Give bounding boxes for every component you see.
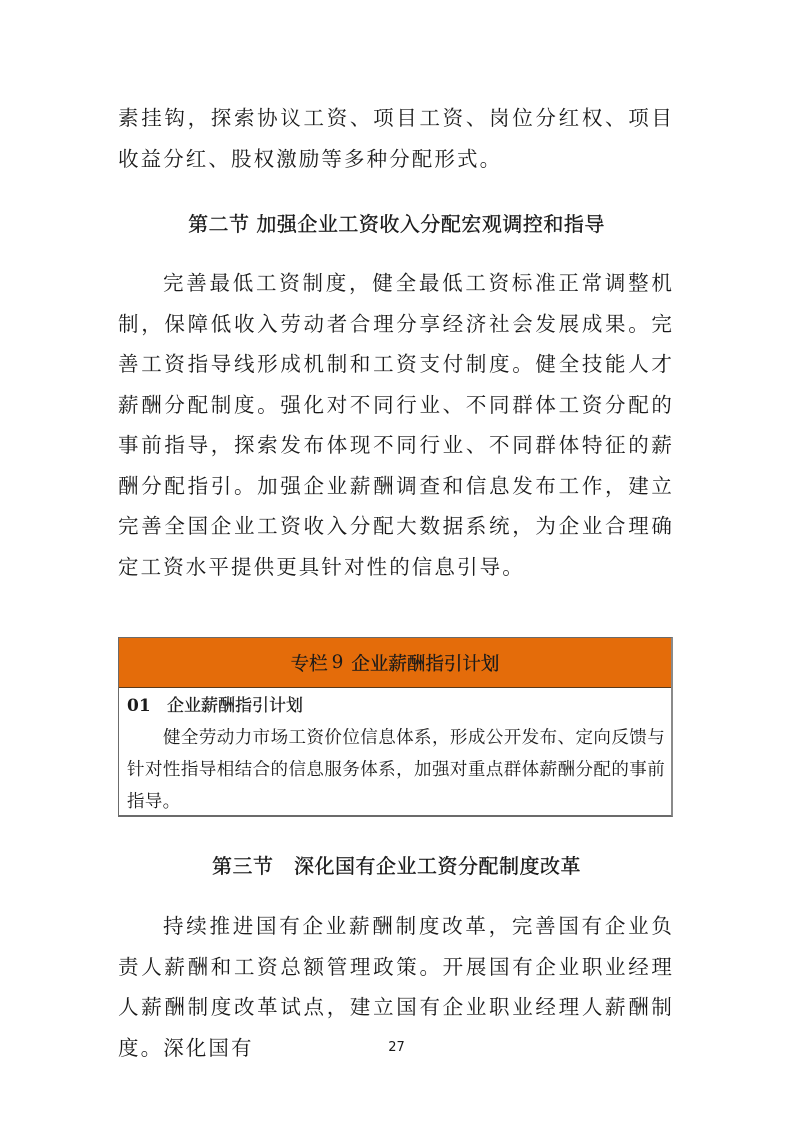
column-box-prefix: 专栏 bbox=[291, 650, 328, 676]
column-box-number: 9 bbox=[332, 652, 344, 673]
column-item-code: 01 bbox=[127, 690, 167, 722]
paragraph-continued: 素挂钩，探索协议工资、项目工资、岗位分红权、项目收益分红、股权激励等多种分配形式… bbox=[118, 98, 674, 179]
column-box-title: 企业薪酬指引计划 bbox=[351, 650, 499, 676]
section-2-heading: 第二节 加强企业工资收入分配宏观调控和指导 bbox=[0, 208, 793, 237]
column-box-header: 专栏 9 企业薪酬指引计划 bbox=[119, 638, 671, 688]
section-2-paragraph: 完善最低工资制度，健全最低工资标准正常调整机制，保障低收入劳动者合理分享经济社会… bbox=[118, 263, 674, 587]
section-3-heading: 第三节 深化国有企业工资分配制度改革 bbox=[0, 850, 793, 879]
column-box: 专栏 9 企业薪酬指引计划 01企业薪酬指引计划 健全劳动力市场工资价位信息体系… bbox=[118, 637, 673, 817]
column-item-title-text: 企业薪酬指引计划 bbox=[167, 696, 303, 716]
document-page: 素挂钩，探索协议工资、项目工资、岗位分红权、项目收益分红、股权激励等多种分配形式… bbox=[0, 0, 793, 1122]
page-number: 27 bbox=[0, 1040, 793, 1055]
column-item-body: 健全劳动力市场工资价位信息体系，形成公开发布、定向反馈与针对性指导相结合的信息服… bbox=[127, 722, 665, 818]
column-item-title: 01企业薪酬指引计划 bbox=[127, 690, 303, 722]
